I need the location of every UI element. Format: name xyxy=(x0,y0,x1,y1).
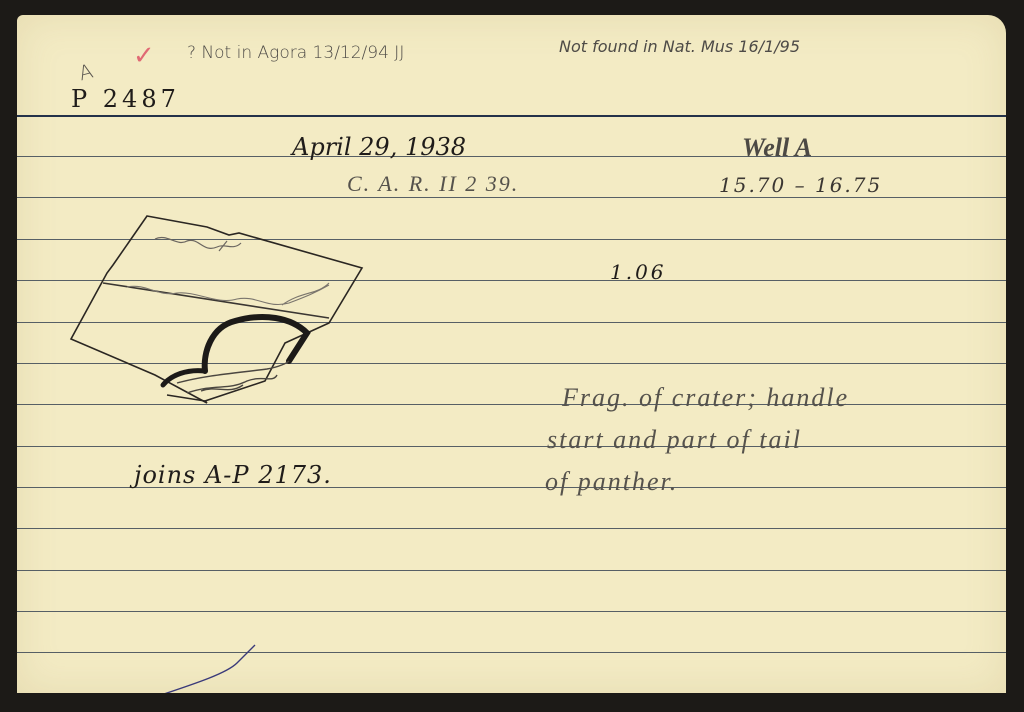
record-measurement: 1.06 xyxy=(610,262,667,282)
record-reference: C. A. R. II 2 39. xyxy=(347,173,519,195)
record-date: April 29, 1938 xyxy=(292,135,466,159)
description-line-2: start and part of tail xyxy=(547,427,802,453)
description-line-3: of panther. xyxy=(545,469,678,495)
ruled-line xyxy=(17,197,1006,198)
ruled-line xyxy=(17,156,1006,157)
ruled-line xyxy=(17,611,1006,612)
record-joins: joins A-P 2173. xyxy=(134,463,332,487)
record-depth: 15.70 – 16.75 xyxy=(719,175,882,195)
catalog-card: A ✓ P 2487 ? Not in Agora 13/12/94 JJ No… xyxy=(17,15,1006,693)
record-location: Well A xyxy=(742,135,812,161)
description-line-1: Frag. of crater; handle xyxy=(562,385,849,411)
ruled-line xyxy=(17,446,1006,447)
header-rule xyxy=(17,115,1006,117)
stray-pen-stroke xyxy=(157,643,267,693)
sherd-sketch xyxy=(67,213,377,413)
museum-note: Not found in Nat. Mus 16/1/95 xyxy=(559,39,800,55)
prefix-letter: A xyxy=(77,61,95,84)
ruled-line xyxy=(17,528,1006,529)
agora-note: ? Not in Agora 13/12/94 JJ xyxy=(187,45,404,62)
ruled-line xyxy=(17,570,1006,571)
inventory-number: P 2487 xyxy=(71,87,180,111)
check-mark-icon: ✓ xyxy=(133,43,155,69)
